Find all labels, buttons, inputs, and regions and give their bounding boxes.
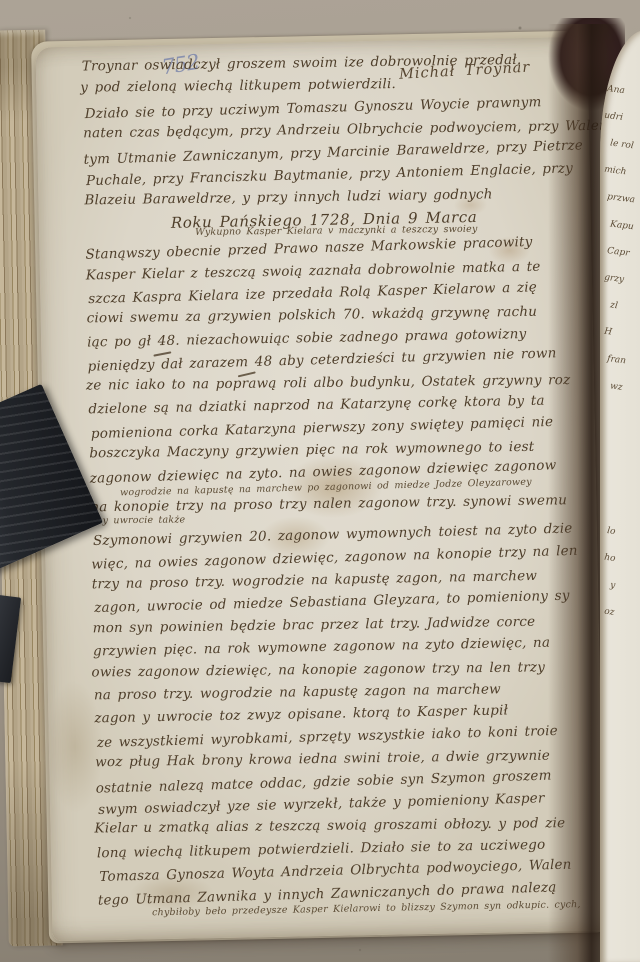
photo-of-manuscript-book: 752 Michał Troynar ✝ Troynar oswiadczył … xyxy=(0,0,640,962)
facing-page-edge: Ana udri le rol mich przwa Kapu Capr grz… xyxy=(600,30,640,962)
facing-page-text-fragment: wz xyxy=(600,372,640,404)
manuscript-page: 752 Michał Troynar ✝ Troynar oswiadczył … xyxy=(35,37,604,941)
facing-page-text-fragment: oz xyxy=(600,598,640,630)
manuscript-text: Troynar oswiadczył groszem swoim ize dob… xyxy=(82,47,578,919)
